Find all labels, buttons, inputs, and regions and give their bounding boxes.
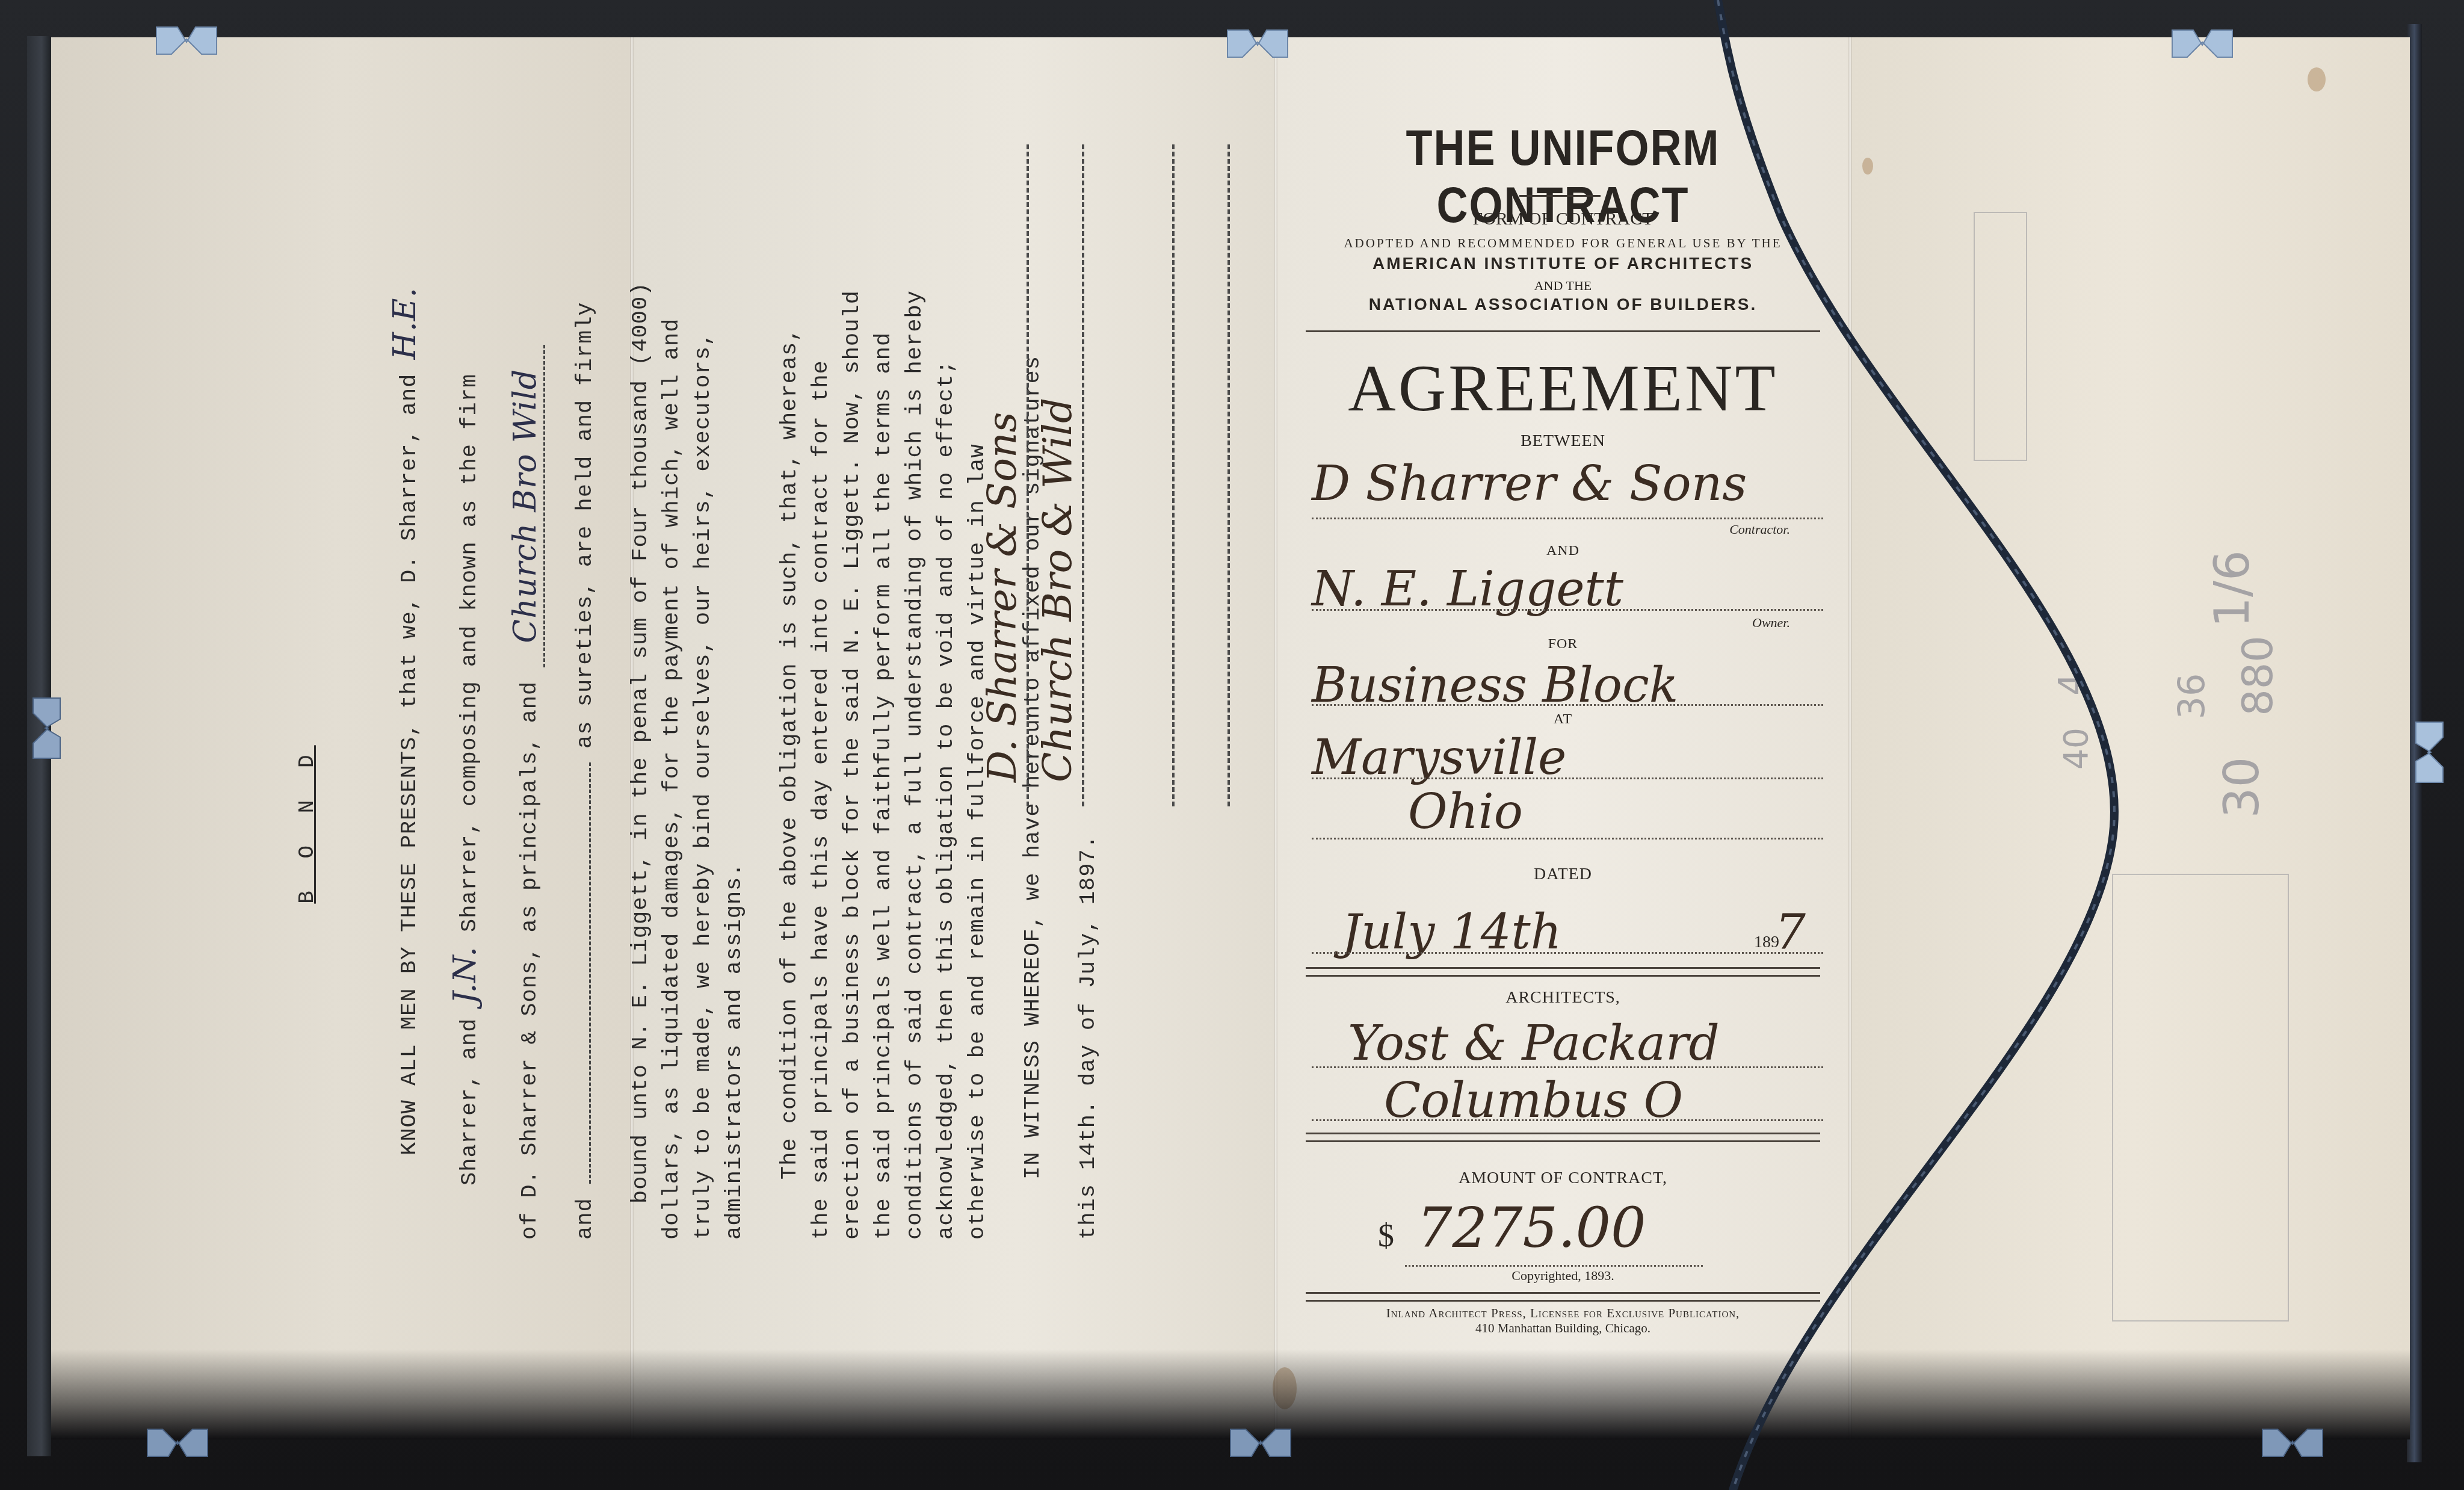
owner-role: Owner. — [1752, 615, 1790, 631]
divider — [1306, 967, 1820, 977]
fill-line — [1312, 704, 1823, 706]
fill-line — [1312, 518, 1823, 519]
signature: Church Bro & Wild — [1034, 398, 1081, 782]
at-label: AT — [1276, 711, 1850, 728]
frame-clip-icon — [144, 1426, 211, 1468]
bond-line: dollars, as liquidated damages, for the … — [656, 96, 688, 1240]
publisher-line: Inland Architect Press, Licensee for Exc… — [1276, 1306, 1850, 1321]
between-label: BETWEEN — [1276, 431, 1850, 451]
contractor-role: Contractor. — [1729, 522, 1790, 537]
bond-line: truly to be made, we hereby bind ourselv… — [688, 96, 719, 1240]
stain — [1862, 158, 1873, 175]
pencil-box-sketch — [1974, 212, 2027, 461]
pencil-box-sketch — [2112, 874, 2289, 1322]
aia-name: AMERICAN INSTITUTE OF ARCHITECTS — [1276, 254, 1850, 273]
fill-line — [1312, 1119, 1823, 1121]
frame-clip-icon — [2404, 719, 2446, 785]
signature-lines: D. Sharrer & Sons Church Bro & Wild — [987, 144, 1243, 806]
and-label: AND — [1276, 543, 1850, 559]
pencil-number: 30 — [2214, 757, 2270, 818]
frame-clip-icon — [2259, 1426, 2326, 1468]
fill-line — [1405, 1265, 1703, 1267]
bond-line: the said principals well and faithfully … — [868, 96, 900, 1240]
bond-line: acknowledged, then this obligation to be… — [931, 96, 962, 1240]
bond-line: of D. Sharrer & Sons, as principals, and… — [510, 96, 546, 1240]
bond-line: conditions of said contract, a full unde… — [900, 96, 931, 1240]
bond-line: KNOW ALL MEN BY THESE PRESENTS, that we,… — [389, 96, 425, 1240]
architects-label: ARCHITECTS, — [1276, 988, 1850, 1007]
publisher-address: 410 Manhattan Building, Chicago. — [1276, 1321, 1850, 1336]
at-field-state: Ohio — [1408, 784, 1919, 839]
bond-title: B O N D — [292, 96, 323, 1240]
bond-line: The condition of the above obligation is… — [774, 96, 806, 1240]
pencil-number: 40 — [2057, 728, 2095, 770]
signature: D. Sharrer & Sons — [979, 412, 1025, 782]
currency-symbol: $ — [1378, 1217, 1394, 1254]
adopted-text: ADOPTED AND RECOMMENDED FOR GENERAL USE … — [1294, 236, 1832, 251]
amount-field: 7275.00 — [1417, 1196, 1646, 1260]
bond-line: Sharrer, and J.N. Sharrer, composing and… — [449, 96, 486, 1240]
fill-line — [1312, 1066, 1823, 1068]
amount-label: AMOUNT OF CONTRACT, — [1276, 1169, 1850, 1188]
fill-line — [1312, 609, 1823, 611]
fill-line — [1312, 952, 1823, 954]
divider — [1306, 1133, 1820, 1142]
for-label: FOR — [1276, 636, 1850, 652]
and-the: AND THE — [1276, 278, 1850, 294]
form-of-contract: FORM OF CONTRACT — [1276, 209, 1850, 229]
bond-line: administrators and assigns. — [719, 96, 750, 1240]
dated-label: DATED — [1276, 865, 1850, 884]
contract-cover: THE UNIFORM CONTRACT FORM OF CONTRACT AD… — [1276, 37, 1850, 1439]
frame-clip-icon — [2169, 18, 2235, 60]
fill-line — [1312, 777, 1823, 779]
signature-line — [1188, 144, 1230, 806]
handwritten-initials: H.E. — [387, 287, 423, 359]
year-fill: 7 — [1775, 904, 1823, 960]
frame-clip-icon — [1224, 18, 1291, 60]
divider — [1519, 195, 1601, 197]
contractor-field: D Sharrer & Sons — [1312, 456, 1823, 512]
signature-line: D. Sharrer & Sons — [987, 144, 1029, 806]
handwritten-surety: Church Bro Wild — [507, 345, 545, 667]
divider — [1306, 1292, 1820, 1302]
pencil-number: 4 — [2051, 673, 2093, 696]
bond-line: erection of a business block for the sai… — [837, 96, 868, 1240]
frame-clip-icon — [153, 15, 220, 57]
divider — [1306, 330, 1820, 332]
architects-field: Yost & Packard — [1348, 1015, 1859, 1071]
frame-clip-icon — [30, 695, 72, 761]
bond-line: the said principals have this day entere… — [806, 96, 837, 1240]
nab-name: NATIONAL ASSOCIATION OF BUILDERS. — [1276, 295, 1850, 314]
bond-line: bound unto N. E. Liggett, in the penal s… — [625, 96, 656, 1240]
pencil-fraction: 1/6 — [2204, 550, 2260, 628]
signature-line — [1132, 144, 1175, 806]
copyright: Copyrighted, 1893. — [1276, 1268, 1850, 1284]
fill-line — [1312, 838, 1823, 839]
pencil-number: 880 — [2233, 635, 2282, 716]
stain — [2308, 67, 2326, 91]
signature-line: Church Bro & Wild — [1042, 144, 1084, 806]
frame-clip-icon — [1227, 1426, 1294, 1468]
agreement-heading: AGREEMENT — [1276, 350, 1850, 427]
pencil-number: 36 — [2171, 673, 2213, 719]
bond-line: and as sureties, are held and firmly — [570, 96, 601, 1240]
